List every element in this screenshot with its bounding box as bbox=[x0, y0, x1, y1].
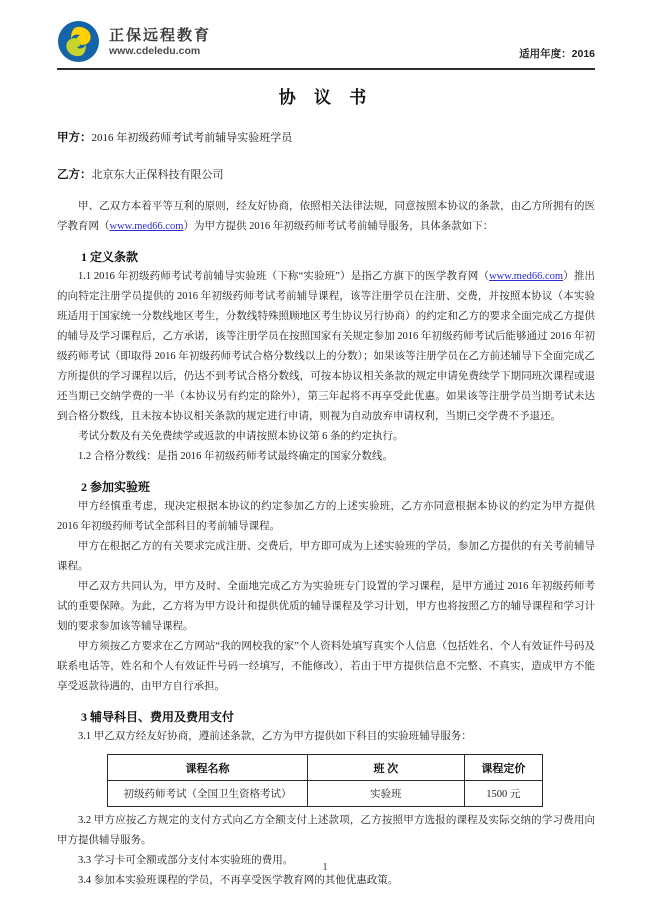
fee-table-header-course: 课程名称 bbox=[108, 755, 308, 781]
fee-table-row: 初级药师考试（全国卫生资格考试） 实验班 1500 元 bbox=[108, 781, 543, 807]
zhengbao-logo-icon bbox=[57, 20, 100, 63]
clause-1-1: 1.1 2016 年初级药师考试考前辅导实验班（下称“实验班”）是指乙方旗下的医… bbox=[57, 267, 595, 427]
section-1-heading: 1 定义条款 bbox=[57, 248, 595, 265]
fee-table-header-row: 课程名称 班 次 课程定价 bbox=[108, 755, 543, 781]
page-number: 1 bbox=[0, 862, 650, 873]
med66-link[interactable]: www.med66.com bbox=[110, 221, 184, 232]
party-a-line: 甲方：2016 年初级药师考试考前辅导实验班学员 bbox=[57, 129, 595, 145]
party-a-value: 2016 年初级药师考试考前辅导实验班学员 bbox=[92, 132, 293, 144]
clause-3-2: 3.2 甲方应按乙方规定的支付方式向乙方全额支付上述款项，乙方按照甲方选报的课程… bbox=[57, 811, 595, 851]
fee-table-header-price: 课程定价 bbox=[464, 755, 542, 781]
clause-1-1-post: ）推出的向特定注册学员提供的 2016 年初级药师考试考前辅导课程，该等注册学员… bbox=[57, 271, 595, 422]
applicable-year-label: 适用年度：2016 bbox=[519, 46, 595, 63]
document-page: 正保远程教育 www.cdeledu.com 适用年度：2016 协 议 书 甲… bbox=[0, 0, 650, 919]
med66-link-2[interactable]: www.med66.com bbox=[489, 271, 563, 282]
clause-3-4: 3.4 参加本实验班课程的学员，不再享受医学教育网的其他优惠政策。 bbox=[57, 871, 595, 891]
brand-name: 正保远程教育 bbox=[109, 26, 211, 45]
fee-table-header-class: 班 次 bbox=[308, 755, 465, 781]
party-b-value: 北京东大正保科技有限公司 bbox=[92, 169, 224, 181]
letterhead: 正保远程教育 www.cdeledu.com 适用年度：2016 bbox=[57, 20, 595, 70]
brand-website: www.cdeledu.com bbox=[109, 45, 211, 58]
clause-1-2: 1.2 合格分数线：是指 2016 年初级药师考试最终确定的国家分数线。 bbox=[57, 447, 595, 467]
fee-table-cell-class: 实验班 bbox=[308, 781, 465, 807]
clause-3-1: 3.1 甲乙双方经友好协商，遵前述条款，乙方为甲方提供如下科目的实验班辅导服务： bbox=[57, 727, 595, 747]
party-b-line: 乙方：北京东大正保科技有限公司 bbox=[57, 166, 595, 182]
clause-score-note: 考试分数及有关免费续学或返款的申请按照本协议第 6 条的约定执行。 bbox=[57, 427, 595, 447]
section-2-heading: 2 参加实验班 bbox=[57, 478, 595, 495]
fee-table: 课程名称 班 次 课程定价 初级药师考试（全国卫生资格考试） 实验班 1500 … bbox=[107, 754, 543, 807]
clause-1-1-pre: 1.1 2016 年初级药师考试考前辅导实验班（下称“实验班”）是指乙方旗下的医… bbox=[78, 271, 489, 282]
fee-table-cell-price: 1500 元 bbox=[464, 781, 542, 807]
section-3-heading: 3 辅导科目、费用及费用支付 bbox=[57, 708, 595, 725]
brand-text: 正保远程教育 www.cdeledu.com bbox=[109, 26, 211, 58]
intro-paragraph: 甲、乙双方本着平等互利的原则，经友好协商，依照相关法律法规，同意按照本协议的条款… bbox=[57, 197, 595, 237]
clause-2-p1: 甲方经慎重考虑，现决定根据本协议的约定参加乙方的上述实验班，乙方亦同意根据本协议… bbox=[57, 497, 595, 537]
intro-text-post: ）为甲方提供 2016 年初级药师考试考前辅导服务，具体条款如下： bbox=[183, 221, 493, 232]
clause-2-p3: 甲乙双方共同认为，甲方及时、全面地完成乙方为实验班专门设置的学习课程，是甲方通过… bbox=[57, 577, 595, 637]
brand-block: 正保远程教育 www.cdeledu.com bbox=[57, 20, 211, 63]
party-b-label: 乙方： bbox=[57, 169, 92, 181]
fee-table-cell-course: 初级药师考试（全国卫生资格考试） bbox=[108, 781, 308, 807]
clause-2-p4: 甲方须按乙方要求在乙方网站“我的网校我的家”个人资料处填写真实个人信息（包括姓名… bbox=[57, 637, 595, 697]
clause-2-p2: 甲方在根据乙方的有关要求完成注册、交费后，甲方即可成为上述实验班的学员，参加乙方… bbox=[57, 537, 595, 577]
document-title: 协 议 书 bbox=[57, 83, 595, 108]
party-a-label: 甲方： bbox=[57, 132, 92, 144]
